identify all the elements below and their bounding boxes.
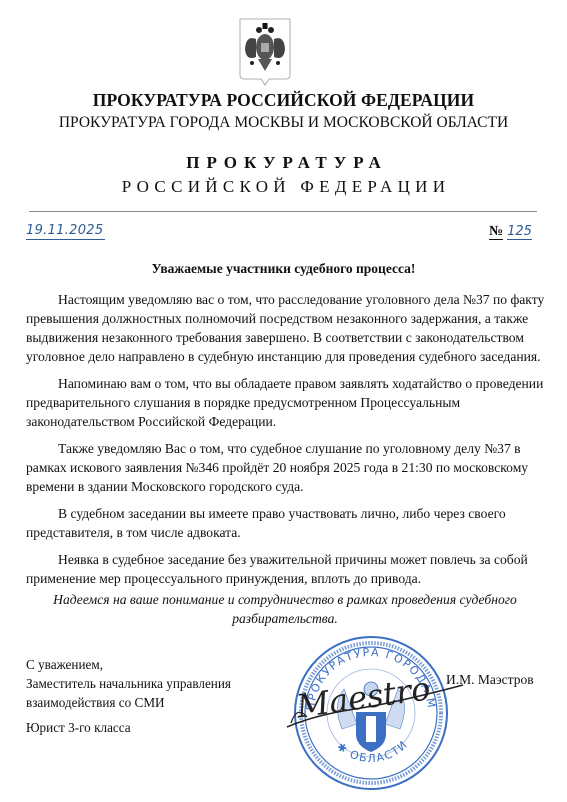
position-line-1: Заместитель начальника управления <box>26 674 231 693</box>
spaced-title: ПРОКУРАТУРА <box>0 153 567 173</box>
signature-block: С уважением, Заместитель начальника упра… <box>26 655 231 737</box>
regards: С уважением, <box>26 655 231 674</box>
org-subtitle: ПРОКУРАТУРА ГОРОДА МОСКВЫ И МОСКОВСКОЙ О… <box>0 114 567 132</box>
paragraph: Настоящим уведомляю вас о том, что рассл… <box>26 290 546 366</box>
signer-name: И.М. Маэстров <box>446 672 534 688</box>
paragraph: Неявка в судебное заседание без уважител… <box>26 550 546 588</box>
org-title: ПРОКУРАТУРА РОССИЙСКОЙ ФЕДЕРАЦИИ <box>0 90 567 111</box>
handwritten-signature: Maestro <box>285 665 465 735</box>
document-date: 19.11.2025 <box>26 223 105 240</box>
russian-coat-of-arms-icon <box>238 17 292 87</box>
spaced-subtitle: РОССИЙСКОЙ ФЕДЕРАЦИИ <box>0 177 567 197</box>
document-number: №125 <box>489 223 532 240</box>
paragraph: В судебном заседании вы имеете право уча… <box>26 504 546 542</box>
rank: Юрист 3-го класса <box>26 718 231 737</box>
header-divider <box>29 211 537 212</box>
number-value: 125 <box>507 224 532 240</box>
paragraph: Напоминаю вам о том, что вы обладаете пр… <box>26 374 546 431</box>
position-line-2: взаимодействия со СМИ <box>26 693 231 712</box>
salutation: Уважаемые участники судебного процесса! <box>0 261 567 277</box>
closing-statement: Надеемся на ваше понимание и сотрудничес… <box>40 590 530 628</box>
paragraph: Также уведомляю Вас о том, что судебное … <box>26 439 546 496</box>
number-sign: № <box>489 224 503 240</box>
letter-body: Настоящим уведомляю вас о том, что рассл… <box>26 290 546 596</box>
